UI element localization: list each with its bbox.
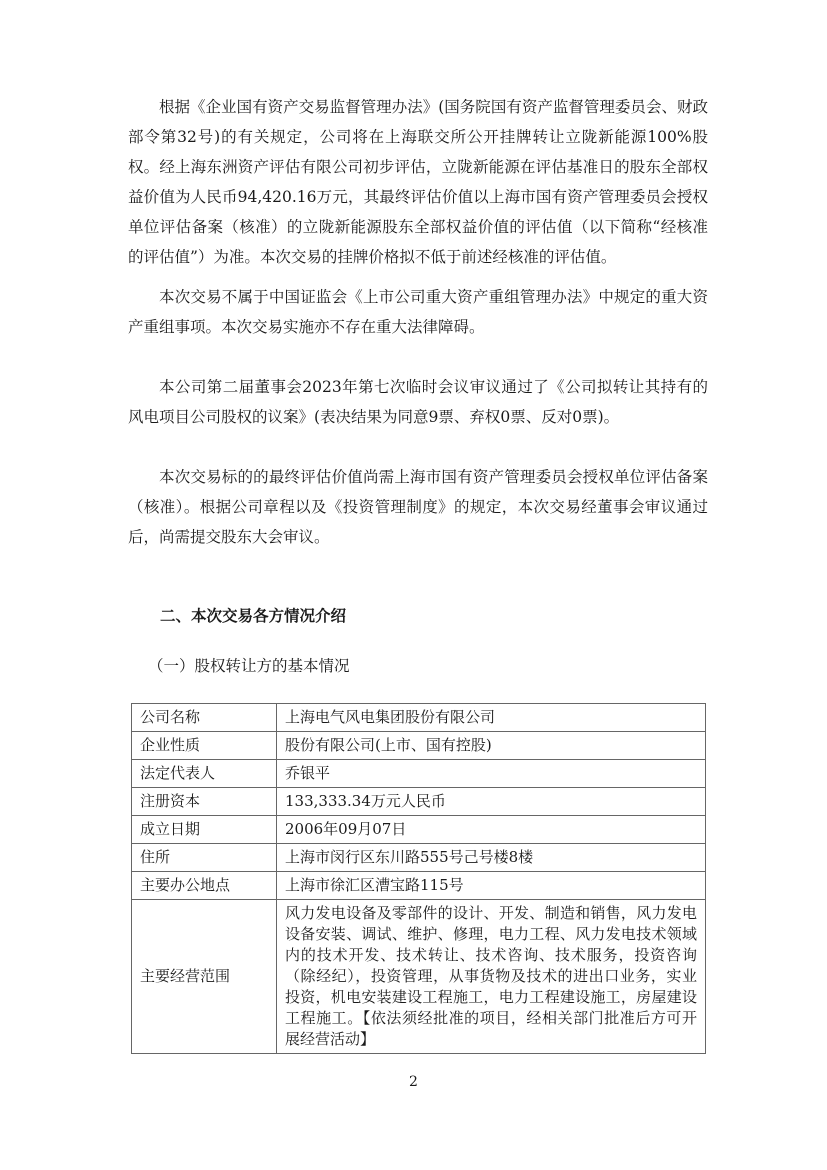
paragraph-board-approval: 本公司第二届董事会2023年第七次临时会议审议通过了《公司拟转让其持有的风电项目… bbox=[128, 372, 708, 432]
row-label: 成立日期 bbox=[132, 816, 277, 844]
row-label: 住所 bbox=[132, 844, 277, 872]
row-label: 注册资本 bbox=[132, 788, 277, 816]
table-row: 住所 上海市闵行区东川路555号己号楼8楼 bbox=[132, 844, 706, 872]
table-row: 企业性质 股份有限公司(上市、国有控股) bbox=[132, 732, 706, 760]
table-row: 主要经营范围 风力发电设备及零部件的设计、开发、制造和销售，风力发电设备安装、调… bbox=[132, 900, 706, 1054]
row-label: 企业性质 bbox=[132, 732, 277, 760]
row-value: 2006年09月07日 bbox=[277, 816, 706, 844]
row-label: 主要经营范围 bbox=[132, 900, 277, 1054]
table-row: 注册资本 133,333.34万元人民币 bbox=[132, 788, 706, 816]
table-row: 主要办公地点 上海市徐汇区漕宝路115号 bbox=[132, 872, 706, 900]
row-value: 133,333.34万元人民币 bbox=[277, 788, 706, 816]
row-label: 法定代表人 bbox=[132, 760, 277, 788]
transferor-info-table: 公司名称 上海电气风电集团股份有限公司 企业性质 股份有限公司(上市、国有控股)… bbox=[131, 703, 706, 1054]
document-page: 根据《企业国有资产交易监督管理办法》(国务院国有资产监督管理委员会、财政部令第3… bbox=[0, 0, 827, 1170]
row-label: 主要办公地点 bbox=[132, 872, 277, 900]
paragraph-transaction-basis: 根据《企业国有资产交易监督管理办法》(国务院国有资产监督管理委员会、财政部令第3… bbox=[128, 92, 708, 272]
table-row: 成立日期 2006年09月07日 bbox=[132, 816, 706, 844]
table-row: 法定代表人 乔银平 bbox=[132, 760, 706, 788]
row-value: 上海电气风电集团股份有限公司 bbox=[277, 704, 706, 732]
row-label: 公司名称 bbox=[132, 704, 277, 732]
section-heading: 二、本次交易各方情况介绍 bbox=[160, 604, 346, 626]
page-number: 2 bbox=[0, 1074, 827, 1090]
row-value: 乔银平 bbox=[277, 760, 706, 788]
paragraph-pending-approval: 本次交易标的的最终评估价值尚需上海市国有资产管理委员会授权单位评估备案（核准）。… bbox=[128, 462, 708, 552]
row-value: 上海市徐汇区漕宝路115号 bbox=[277, 872, 706, 900]
row-value: 股份有限公司(上市、国有控股) bbox=[277, 732, 706, 760]
subsection-heading: （一）股权转让方的基本情况 bbox=[148, 654, 350, 676]
row-value: 风力发电设备及零部件的设计、开发、制造和销售，风力发电设备安装、调试、维护、修理… bbox=[277, 900, 706, 1054]
row-value: 上海市闵行区东川路555号己号楼8楼 bbox=[277, 844, 706, 872]
table-row: 公司名称 上海电气风电集团股份有限公司 bbox=[132, 704, 706, 732]
paragraph-not-major-restructuring: 本次交易不属于中国证监会《上市公司重大资产重组管理办法》中规定的重大资产重组事项… bbox=[128, 282, 708, 342]
